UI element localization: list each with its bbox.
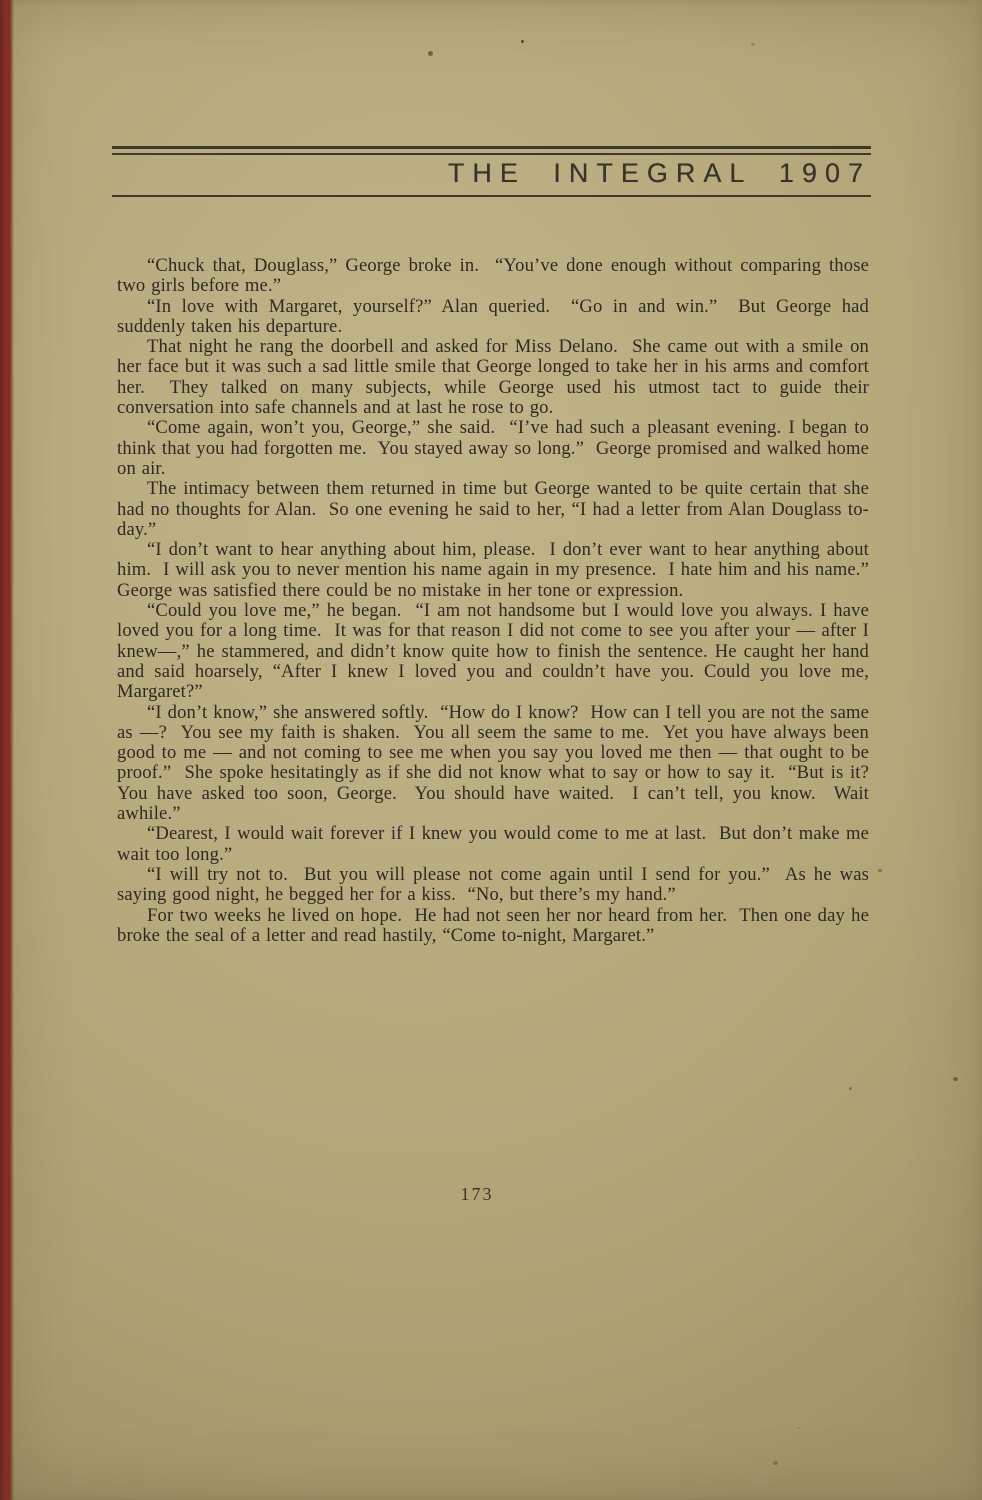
scan-speck bbox=[428, 51, 433, 56]
scan-speck bbox=[773, 1461, 778, 1465]
scan-speck bbox=[751, 43, 755, 46]
scan-speck bbox=[521, 40, 524, 43]
paragraph: “Chuck that, Douglass,” George broke in.… bbox=[117, 256, 869, 297]
scan-speck bbox=[797, 1427, 800, 1429]
text-block: “Chuck that, Douglass,” George broke in.… bbox=[117, 256, 869, 946]
paragraph: “I don’t know,” she answered softly. “Ho… bbox=[117, 703, 869, 825]
scan-speck bbox=[878, 869, 882, 872]
paragraph: For two weeks he lived on hope. He had n… bbox=[117, 906, 869, 947]
paragraph: “Could you love me,” he began. “I am not… bbox=[117, 601, 869, 702]
paragraph: “Dearest, I would wait forever if I knew… bbox=[117, 824, 869, 865]
page-header-title: THE INTEGRAL 1907 bbox=[112, 158, 871, 189]
header-double-rule bbox=[112, 146, 871, 155]
paragraph: “I don’t want to hear anything about him… bbox=[117, 540, 869, 601]
scanned-book-page: THE INTEGRAL 1907 “Chuck that, Douglass,… bbox=[0, 0, 982, 1500]
paragraph: The intimacy between them returned in ti… bbox=[117, 479, 869, 540]
book-spine-edge bbox=[0, 0, 14, 1500]
paragraph: “In love with Margaret, yourself?” Alan … bbox=[117, 297, 869, 338]
scan-speck bbox=[953, 1077, 958, 1081]
paragraph: “I will try not to. But you will please … bbox=[117, 865, 869, 906]
paragraph: “Come again, won’t you, George,” she sai… bbox=[117, 418, 869, 479]
header-single-rule bbox=[112, 195, 871, 197]
page-number: 173 bbox=[0, 1184, 968, 1205]
paragraph: That night he rang the doorbell and aske… bbox=[117, 337, 869, 418]
scan-speck bbox=[849, 1087, 852, 1090]
